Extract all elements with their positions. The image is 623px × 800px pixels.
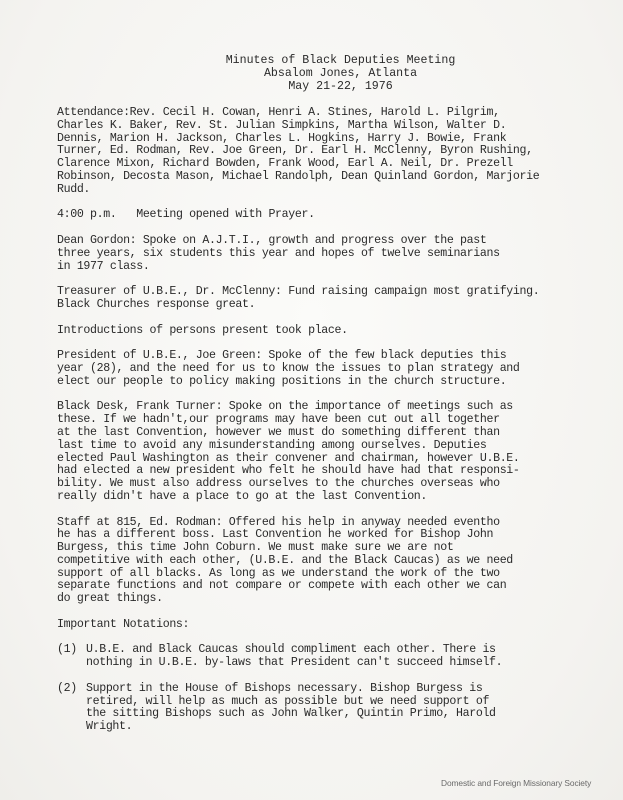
document-body: Attendance:Rev. Cecil H. Cowan, Henri A.… (57, 107, 617, 747)
opening-paragraph: 4:00 p.m. Meeting opened with Prayer. (57, 209, 617, 222)
paragraph-introductions: Introductions of persons present took pl… (57, 325, 617, 338)
notation-text: Support in the House of Bishops necessar… (86, 683, 496, 734)
archive-watermark: Domestic and Foreign Missionary Society (441, 778, 591, 788)
attendance-paragraph: Attendance:Rev. Cecil H. Cowan, Henri A.… (57, 107, 617, 197)
notations-heading: Important Notations: (57, 619, 617, 632)
notation-item: (1) U.B.E. and Black Caucas should compl… (57, 644, 617, 670)
notation-number: (2) (57, 683, 86, 734)
document-title: Minutes of Black Deputies Meeting (58, 54, 623, 67)
document-page: Minutes of Black Deputies Meeting Absalo… (0, 0, 623, 800)
paragraph-dean-gordon: Dean Gordon: Spoke on A.J.T.I., growth a… (57, 235, 617, 273)
notations-list: (1) U.B.E. and Black Caucas should compl… (57, 644, 617, 734)
meeting-location: Absalom Jones, Atlanta (58, 67, 623, 80)
document-header: Minutes of Black Deputies Meeting Absalo… (0, 54, 623, 93)
paragraph-treasurer: Treasurer of U.B.E., Dr. McClenny: Fund … (57, 286, 617, 312)
notation-number: (1) (57, 644, 86, 670)
meeting-date: May 21-22, 1976 (58, 80, 623, 93)
notation-item: (2) Support in the House of Bishops nece… (57, 683, 617, 734)
paragraph-black-desk: Black Desk, Frank Turner: Spoke on the i… (57, 401, 617, 503)
notation-text: U.B.E. and Black Caucas should complimen… (86, 644, 502, 670)
opening-time: 4:00 p.m. (57, 208, 116, 221)
paragraph-president: President of U.B.E., Joe Green: Spoke of… (57, 350, 617, 388)
paragraph-staff-815: Staff at 815, Ed. Rodman: Offered his he… (57, 517, 617, 607)
opening-text: Meeting opened with Prayer. (136, 208, 314, 221)
